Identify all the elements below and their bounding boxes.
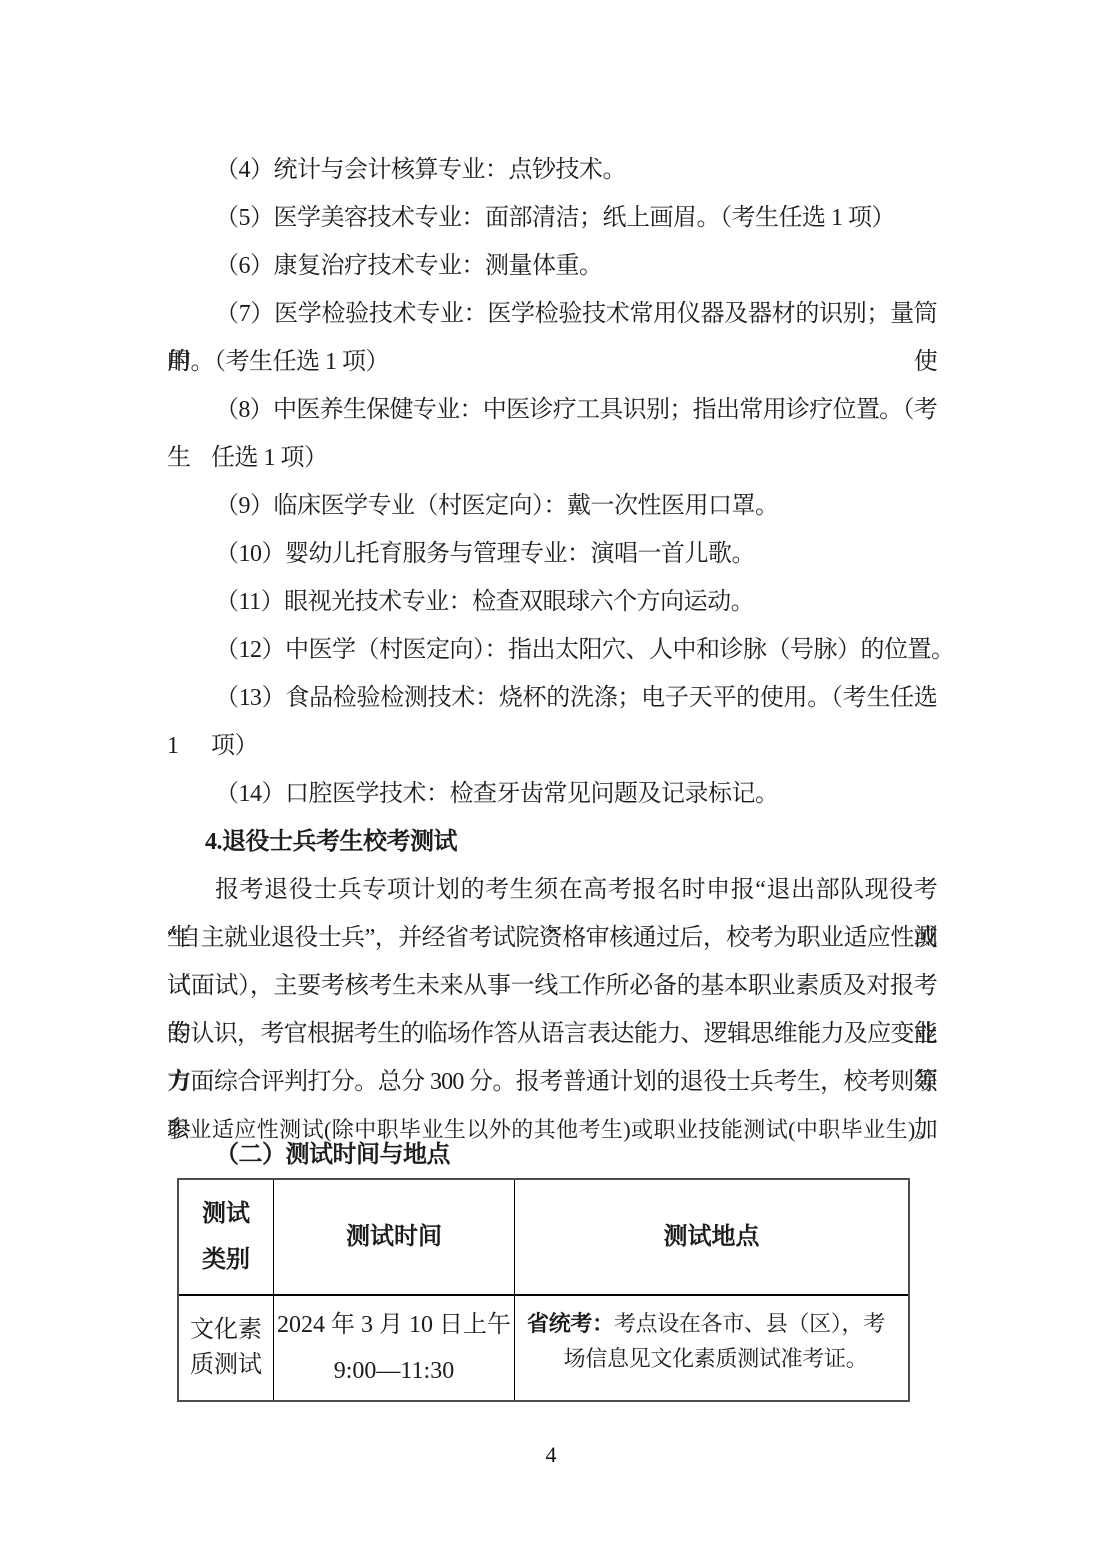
section-2-heading: （二）测试时间与地点 bbox=[167, 1140, 937, 1170]
location-line-1-text: 考点设在各市、县（区），考 bbox=[614, 1311, 885, 1336]
test-schedule-table: 测试 类别 测试时间 测试地点 文化素 质测试 2024 年 3 月 10 日上… bbox=[177, 1178, 910, 1402]
category-line-2: 质测试 bbox=[190, 1348, 262, 1383]
list-item-14: （14）口腔医学技术：检查牙齿常见问题及记录标记。 bbox=[167, 770, 937, 818]
list-item-7-line-1: （7）医学检验技术专业：医学检验技术常用仪器及器材的识别；量筒的使 bbox=[167, 290, 937, 338]
table-row: 文化素 质测试 2024 年 3 月 10 日上午 9:00—11:30 省统考… bbox=[179, 1296, 908, 1400]
header-time-label: 测试时间 bbox=[346, 1214, 442, 1260]
section-4-paragraph-line-2: “自主就业退役士兵”，并经省考试院资格审核通过后，校考为职业适应性测试 bbox=[167, 914, 937, 962]
body-text: （4）统计与会计核算专业：点钞技术。 （5）医学美容技术专业：面部清洁；纸上画眉… bbox=[167, 146, 937, 1154]
section-4-paragraph-line-3: （面试），主要考核考生未来从事一线工作所必备的基本职业素质及对报考专业 bbox=[167, 962, 937, 1010]
list-item-10: （10）婴幼儿托育服务与管理专业：演唱一首儿歌。 bbox=[167, 530, 937, 578]
list-item-12: （12）中医学（村医定向）：指出太阳穴、人中和诊脉（号脉）的位置。 bbox=[167, 626, 937, 674]
list-item-4: （4）统计与会计核算专业：点钞技术。 bbox=[167, 146, 937, 194]
list-item-13-line-1: （13）食品检验检测技术：烧杯的洗涤；电子天平的使用。（考生任选 1 bbox=[167, 674, 937, 722]
section-4-heading: 4.退役士兵考生校考测试 bbox=[167, 818, 937, 866]
cell-time: 2024 年 3 月 10 日上午 9:00—11:30 bbox=[274, 1296, 515, 1400]
header-category-line-2: 类别 bbox=[202, 1237, 250, 1283]
header-cell-location: 测试地点 bbox=[515, 1180, 908, 1294]
time-line-2: 9:00—11:30 bbox=[274, 1348, 514, 1394]
section-4-paragraph-line-4: 的认识，考官根据考生的临场作答从语言表达能力、逻辑思维能力及应变能力等 bbox=[167, 1010, 937, 1058]
list-item-8-line-2: 任选 1 项） bbox=[167, 434, 937, 482]
document-page: （4）统计与会计核算专业：点钞技术。 （5）医学美容技术专业：面部清洁；纸上画眉… bbox=[0, 0, 1102, 1559]
category-line-1: 文化素 bbox=[190, 1313, 262, 1348]
header-category-line-1: 测试 bbox=[202, 1191, 250, 1237]
page-number: 4 bbox=[0, 1442, 1102, 1468]
header-location-label: 测试地点 bbox=[664, 1214, 760, 1260]
list-item-13-line-2: 项） bbox=[167, 722, 937, 770]
list-item-11: （11）眼视光技术专业：检查双眼球六个方向运动。 bbox=[167, 578, 937, 626]
list-item-6: （6）康复治疗技术专业：测量体重。 bbox=[167, 242, 937, 290]
location-line-2: 场信息见文化素质测试准考证。 bbox=[527, 1341, 904, 1376]
table-header-row: 测试 类别 测试时间 测试地点 bbox=[179, 1180, 908, 1296]
cell-location: 省统考：考点设在各市、县（区），考 场信息见文化素质测试准考证。 bbox=[515, 1296, 908, 1400]
section-4-paragraph-line-5: 方面综合评判打分。总分 300 分。报考普通计划的退役士兵考生，校考则须参加 bbox=[167, 1058, 937, 1106]
location-bold-prefix: 省统考： bbox=[527, 1311, 614, 1336]
section-4-paragraph-line-1: 报考退役士兵专项计划的考生须在高考报名时申报“退出部队现役考生”或 bbox=[167, 866, 937, 914]
list-item-9: （9）临床医学专业（村医定向）：戴一次性医用口罩。 bbox=[167, 482, 937, 530]
list-item-5: （5）医学美容技术专业：面部清洁；纸上画眉。（考生任选 1 项） bbox=[167, 194, 937, 242]
cell-category: 文化素 质测试 bbox=[179, 1296, 274, 1400]
time-line-1: 2024 年 3 月 10 日上午 bbox=[274, 1302, 514, 1348]
header-cell-category: 测试 类别 bbox=[179, 1180, 274, 1294]
list-item-8-line-1: （8）中医养生保健专业：中医诊疗工具识别；指出常用诊疗位置。（考生 bbox=[167, 386, 937, 434]
header-cell-time: 测试时间 bbox=[274, 1180, 515, 1294]
location-line-1: 省统考：考点设在各市、县（区），考 bbox=[527, 1306, 904, 1341]
